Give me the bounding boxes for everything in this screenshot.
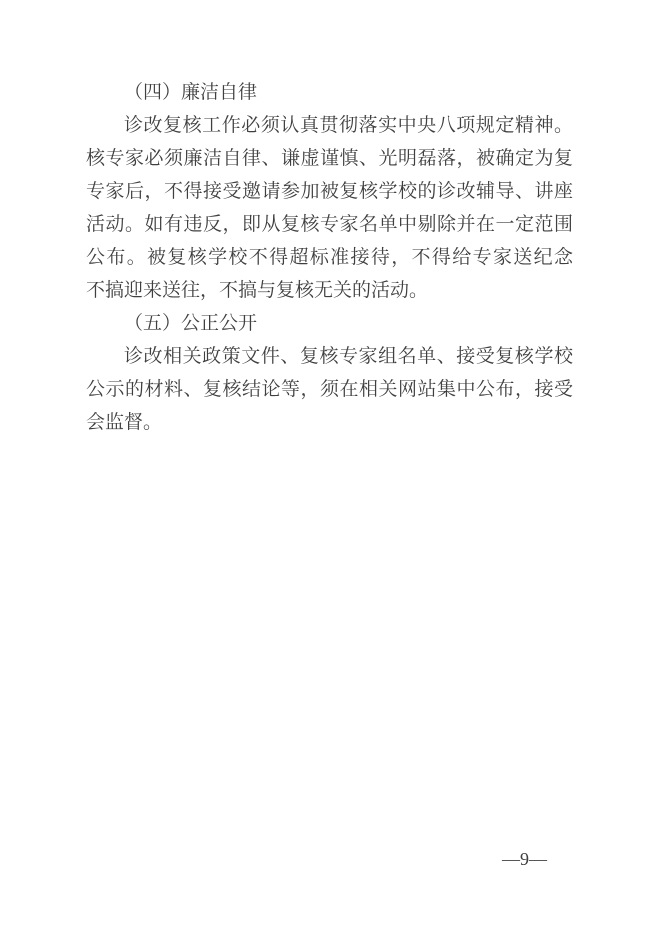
paragraph-line: 诊改复核工作必须认真贯彻落实中央八项规定精神。复 bbox=[86, 109, 573, 142]
document-page: （四）廉洁自律 诊改复核工作必须认真贯彻落实中央八项规定精神。复 核专家必须廉洁… bbox=[0, 0, 655, 930]
section-heading: （四）廉洁自律 bbox=[86, 76, 573, 109]
paragraph-line: 不搞迎来送往，不搞与复核无关的活动。 bbox=[86, 274, 573, 307]
paragraph-line: 专家后，不得接受邀请参加被复核学校的诊改辅导、讲座等 bbox=[86, 175, 573, 208]
paragraph-line: 诊改相关政策文件、复核专家组名单、接受复核学校应 bbox=[86, 340, 573, 373]
paragraph-line: 核专家必须廉洁自律、谦虚谨慎、光明磊落，被确定为复核 bbox=[86, 142, 573, 175]
paragraph-line: 活动。如有违反，即从复核专家名单中剔除并在一定范围内 bbox=[86, 208, 573, 241]
paragraph-line: 会监督。 bbox=[86, 406, 573, 439]
page-number: —9— bbox=[502, 848, 547, 870]
section-heading: （五）公正公开 bbox=[86, 307, 573, 340]
paragraph-line: 公示的材料、复核结论等，须在相关网站集中公布，接受社 bbox=[86, 373, 573, 406]
section-lianjie-zilv: （四）廉洁自律 诊改复核工作必须认真贯彻落实中央八项规定精神。复 核专家必须廉洁… bbox=[86, 76, 573, 307]
paragraph-line: 公布。被复核学校不得超标准接待，不得给专家送纪念品， bbox=[86, 241, 573, 274]
document-content: （四）廉洁自律 诊改复核工作必须认真贯彻落实中央八项规定精神。复 核专家必须廉洁… bbox=[86, 76, 573, 439]
section-gongzheng-gongkai: （五）公正公开 诊改相关政策文件、复核专家组名单、接受复核学校应 公示的材料、复… bbox=[86, 307, 573, 439]
